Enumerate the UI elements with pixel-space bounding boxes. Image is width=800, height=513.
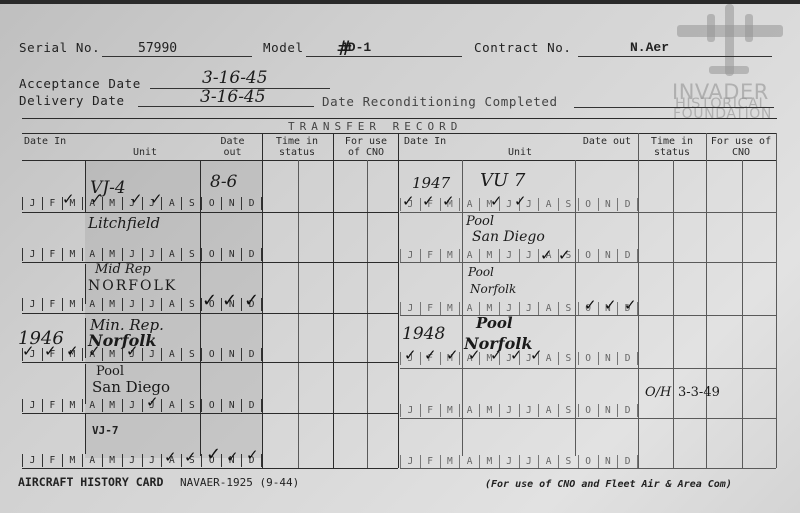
table-top-border <box>22 133 777 134</box>
check-mark-icon: ✓ <box>490 192 503 210</box>
reconditioning-label: Date Reconditioning Completed <box>322 94 558 109</box>
right-entry-4-unit-line1: Pool <box>476 314 513 332</box>
right-entry-2-unit-line1: Pool <box>466 214 494 229</box>
left-header-unit: Unit <box>100 147 190 158</box>
check-mark-icon: ✓ <box>402 192 415 210</box>
right-row-line <box>400 468 776 469</box>
right-entry-4-date-in: 1948 <box>402 324 445 344</box>
right-entry-3-unit-line1: Pool <box>468 265 494 279</box>
check-mark-icon: ✓ <box>44 342 57 360</box>
left-entry-6-unit: VJ-7 <box>92 424 119 437</box>
left-header-date-in: Date In <box>24 136 66 147</box>
right-header-time-in-status: Time in status <box>642 136 702 158</box>
right-month-strip-5: JFMAMJJASOND <box>400 404 638 417</box>
contract-label: Contract No. <box>474 40 572 55</box>
check-mark-icon: ✓ <box>244 290 259 311</box>
right-entry-1-unit: VU 7 <box>480 170 525 191</box>
check-mark-icon: ✓ <box>424 346 437 364</box>
check-mark-icon: ✓ <box>514 192 527 210</box>
check-mark-icon: ✓ <box>22 342 35 360</box>
delivery-label: Delivery Date <box>19 93 125 108</box>
check-mark-icon: ✓ <box>604 296 617 314</box>
contract-value: N.Aer <box>630 40 669 55</box>
right-edge <box>776 133 777 468</box>
transfer-record-title: TRANSFER RECORD <box>288 120 462 133</box>
right-cno-split <box>742 160 743 468</box>
check-mark-icon: ✓ <box>540 246 553 264</box>
right-header-cno: For use of CNO <box>710 136 772 158</box>
left-col-sep <box>85 364 86 404</box>
left-row-line <box>22 313 398 314</box>
check-mark-icon: ✓ <box>66 342 79 360</box>
right-month-strip-3: JFMAMJJASOND <box>400 302 638 315</box>
left-month-strip-5: JFMAMJJASOND <box>22 399 262 412</box>
right-row-line <box>400 212 776 213</box>
check-mark-icon: ✓ <box>226 448 239 466</box>
left-col-sep <box>333 133 334 468</box>
right-header-date-in: Date In <box>404 136 446 147</box>
check-mark-icon: ✓ <box>126 342 139 360</box>
left-row-line <box>22 468 398 469</box>
right-row-line <box>400 262 776 263</box>
check-mark-icon: ✓ <box>490 346 503 364</box>
right-entry-5-time-b: 3-3-49 <box>678 385 720 400</box>
acceptance-label: Acceptance Date <box>19 76 141 91</box>
aircraft-history-card: INVADER HISTORICAL FOUNDATION Serial No.… <box>0 0 800 513</box>
check-mark-icon: ✓ <box>584 296 597 314</box>
check-mark-icon: ✓ <box>422 192 435 210</box>
left-entry-3-unit-line1: Mid Rep <box>95 262 151 277</box>
form-number: NAVAER-1925 (9-44) <box>180 476 299 489</box>
left-time-split <box>298 160 299 468</box>
right-time-split <box>673 160 674 468</box>
left-header-cno: For use of CNO <box>336 136 396 158</box>
serial-underline <box>102 56 252 57</box>
check-mark-icon: ✓ <box>510 346 523 364</box>
check-mark-icon: ✓ <box>446 346 459 364</box>
check-mark-icon: ✓ <box>202 290 217 311</box>
check-mark-icon: ✓ <box>62 190 75 208</box>
check-mark-icon: ✓ <box>404 346 417 364</box>
footer-note: (For use of CNO and Fleet Air & Area Com… <box>485 479 732 490</box>
model-strikeout-mark: # <box>336 36 353 60</box>
left-row-line <box>22 212 398 213</box>
check-mark-icon: ✓ <box>468 346 481 364</box>
left-cno-split <box>367 160 368 468</box>
check-mark-icon: ✓ <box>150 190 163 208</box>
left-entry-5-unit-line1: Pool <box>96 364 124 379</box>
header-divider <box>22 118 777 119</box>
check-mark-icon: ✓ <box>624 296 637 314</box>
left-row-line <box>22 362 398 363</box>
right-header-date-out: Date out <box>582 136 632 147</box>
right-row-line <box>400 368 776 369</box>
acceptance-value: 3-16-45 <box>202 68 268 88</box>
left-col-sep <box>85 414 86 454</box>
check-mark-icon: ✓ <box>246 446 259 464</box>
check-mark-icon: ✓ <box>146 393 159 411</box>
check-mark-icon: ✓ <box>184 448 197 466</box>
right-entry-1-date-in: 1947 <box>412 174 450 192</box>
right-header-unit: Unit <box>475 147 565 158</box>
check-mark-icon: ✓ <box>222 290 237 311</box>
check-mark-icon: ✓ <box>130 190 143 208</box>
delivery-value: 3-16-45 <box>200 87 266 107</box>
contract-underline <box>578 56 772 57</box>
left-row-line <box>22 262 398 263</box>
check-mark-icon: ✓ <box>530 346 543 364</box>
card-title: AIRCRAFT HISTORY CARD <box>18 475 163 489</box>
right-month-strip-6: JFMAMJJASOND <box>400 455 638 468</box>
left-entry-1-date-out: 8-6 <box>210 172 237 192</box>
serial-value: 57990 <box>138 41 177 56</box>
left-col-sep <box>262 133 263 468</box>
left-entry-3-unit-line2: NORFOLK <box>88 278 177 294</box>
check-mark-icon: ✓ <box>206 444 221 465</box>
right-entry-2-unit-line2: San Diego <box>472 229 545 245</box>
serial-label: Serial No. <box>19 40 100 55</box>
check-mark-icon: ✓ <box>88 342 101 360</box>
reconditioning-underline <box>574 107 774 108</box>
right-month-strip-2: JFMAMJJASOND <box>400 249 638 262</box>
model-underline <box>306 56 462 57</box>
check-mark-icon: ✓ <box>164 448 177 466</box>
left-row-line <box>22 413 398 414</box>
right-entry-3-unit-line2: Norfolk <box>470 282 516 296</box>
left-month-strip-2: JFMAMJJASOND <box>22 248 262 261</box>
right-row-line <box>400 418 776 419</box>
check-mark-icon: ✓ <box>558 246 571 264</box>
watermark-line-3: FOUNDATION <box>673 106 772 122</box>
left-header-time-in-status: Time in status <box>266 136 328 158</box>
header-row-bottom <box>22 160 777 161</box>
check-mark-icon: ✓ <box>90 190 103 208</box>
model-label: Model <box>263 40 304 55</box>
check-mark-icon: ✓ <box>442 192 455 210</box>
airplane-silhouette-icon <box>675 2 785 77</box>
right-entry-5-time-a: O/H <box>645 385 671 400</box>
left-entry-2-unit: Litchfield <box>88 214 160 232</box>
right-row-line <box>400 315 776 316</box>
left-header-date-out: Date out <box>210 136 255 158</box>
center-divider <box>398 133 399 468</box>
